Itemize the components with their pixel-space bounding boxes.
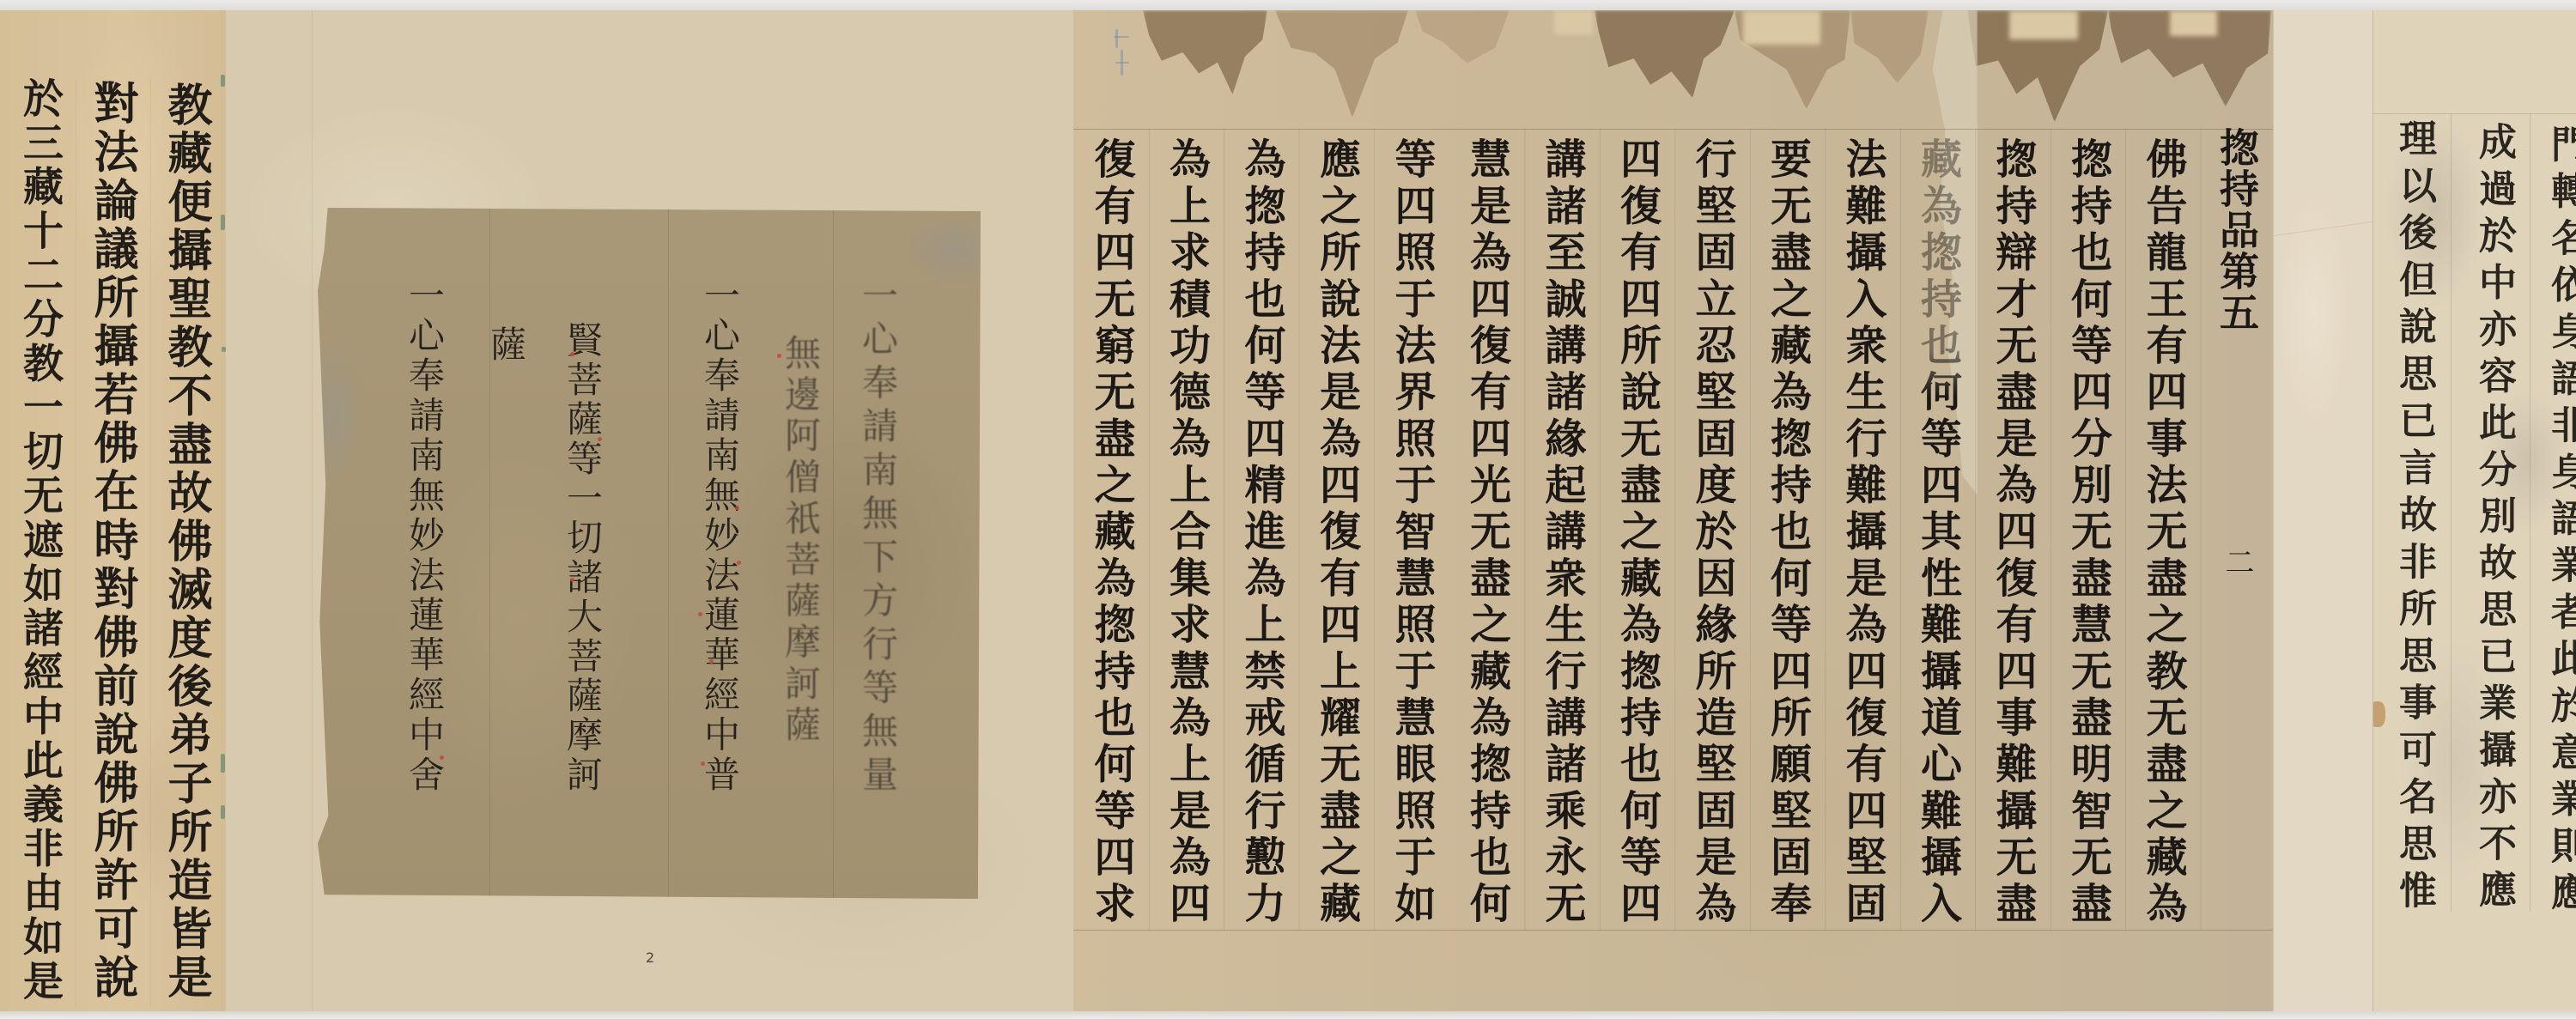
text-column: 教藏便攝聖教不盡故佛滅度後弟子所造皆是 (155, 82, 216, 998)
text-column: 為揔持也何等四精進為上禁戒循行懃力 (1224, 137, 1299, 923)
text-column: 門轉名依身語非身語業者此於意業則應 (2531, 124, 2576, 910)
text-column: 講諸至誠講諸緣起講衆生行講諸乘永无 (1524, 137, 1600, 923)
water-stain (1595, 10, 1735, 98)
text-column: 一心奉請南無妙法蓮華經中舍 (400, 276, 448, 792)
water-stain (1275, 10, 1408, 118)
faded-paper-patch (1554, 10, 1593, 34)
sheet-number: 二 (2201, 547, 2273, 576)
text-column: 對法論議所攝若佛在時對佛前說佛所許可說 (82, 80, 142, 998)
red-punctuation-mark (737, 561, 741, 565)
text-column: 成過於中亦容此分別故思已業攝亦不應 (2459, 122, 2528, 907)
green-speck (221, 215, 225, 230)
text-column: 應之所說法是為四復有四上耀无盡之藏 (1299, 137, 1375, 923)
water-stain (1415, 10, 1510, 64)
text-column: 揔持辯才无盡是為四復有四事難攝无盡 (1975, 137, 2050, 923)
text-column: 一心奉請南無妙法蓮華經中普 (696, 276, 744, 792)
text-column: 復有四无窮无盡之藏為揔持也何等四求 (1073, 137, 1149, 923)
red-punctuation-mark (709, 659, 714, 664)
fold-line (833, 208, 834, 899)
text-column: 一心奉請南無下方行等無量 (854, 276, 902, 792)
faint-blue-mark (1112, 27, 1136, 81)
text-column: 揔持也何等四分別无盡慧无盡明智无盡 (2050, 137, 2126, 923)
text-column: 慧是為四復有四光无盡之藏為揔持也何 (1449, 137, 1525, 923)
green-speck (221, 805, 225, 819)
red-punctuation-mark (570, 352, 574, 356)
fold-line (668, 208, 669, 899)
red-punctuation-mark (570, 578, 574, 582)
fold-line (489, 208, 490, 899)
text-column: 行堅固立忍堅固度於因緣所造堅固是為 (1674, 137, 1750, 923)
column-rule (2530, 113, 2530, 912)
text-column: 薩 (482, 325, 530, 368)
text-column: 藏為揔持也何等四其性難攝道心難攝入 (1900, 137, 1976, 923)
column-rule (2451, 113, 2451, 912)
text-column: 佛告龍王有四事法无盡之教无盡之藏為 (2125, 137, 2201, 923)
joining-strip (2273, 10, 2373, 1011)
sutra-sheet: 揔持品第五 二 佛告龍王有四事法无盡之教无盡之藏為 揔持也何等四分別无盡慧无盡明… (1073, 10, 2273, 1011)
red-punctuation-mark (598, 437, 602, 441)
red-punctuation-mark (701, 761, 705, 766)
text-column: 理以後但說思已言故非所思事可名思惟 (2379, 118, 2448, 908)
red-punctuation-mark (735, 506, 739, 510)
water-stain (1850, 10, 1929, 83)
paper-crease (2274, 221, 2372, 236)
column-rule (76, 79, 76, 1006)
text-column: 法難攝入衆生行難攝是為四復有四堅固 (1825, 137, 1900, 923)
top-rule (2373, 113, 2576, 114)
top-margin-strip (0, 0, 2576, 10)
commentary-fragment: 門轉名依身語非身語業者此於意業則應 成過於中亦容此分別故思已業攝亦不應 理以後但… (2372, 10, 2576, 1011)
chapter-title: 揔持品第五 (2201, 127, 2273, 333)
red-punctuation-mark (440, 755, 444, 760)
left-manuscript-fragment: 教藏便攝聖教不盡故佛滅度後弟子所造皆是 對法論議所攝若佛在時對佛前說佛所許可說 … (0, 10, 228, 1011)
pencil-mark: 2 (646, 949, 654, 966)
red-punctuation-mark (777, 354, 781, 358)
text-column: 要无盡之藏為揔持也何等四所願堅固奉 (1750, 137, 1826, 923)
bottom-margin-strip (0, 1011, 2576, 1019)
text-column: 四復有四所說无盡之藏為揔持也何等四 (1600, 137, 1675, 923)
text-column: 為上求積功德為上合集求慧為上是為四 (1149, 137, 1224, 923)
text-column: 等四照于法界照于智慧照于慧眼照于如 (1374, 137, 1449, 923)
water-stain (1143, 10, 1267, 94)
green-speck (221, 75, 225, 87)
column-rule (150, 79, 151, 1006)
text-column: 賢菩薩等一切諸大菩薩摩訶 (558, 321, 606, 792)
faded-paper-patch (2170, 10, 2217, 36)
faded-paper-patch (1743, 10, 1820, 45)
paper-seam (312, 10, 313, 1011)
green-speck (221, 754, 225, 773)
text-column: 無邊阿僧祇菩薩摩訶薩 (776, 334, 824, 742)
scroll-photograph: 教藏便攝聖教不盡故佛滅度後弟子所造皆是 對法論議所攝若佛在時對佛前說佛所許可說 … (0, 0, 2576, 1019)
faded-paper-patch (2009, 10, 2078, 39)
invocation-slip: 一心奉請南無下方行等無量 無邊阿僧祇菩薩摩訶薩 一心奉請南無妙法蓮華經中普 賢菩… (318, 208, 981, 899)
red-punctuation-mark (698, 612, 702, 616)
text-column: 於三藏十二分教一切无遮如諸經中此義非由如是 (9, 77, 70, 1000)
